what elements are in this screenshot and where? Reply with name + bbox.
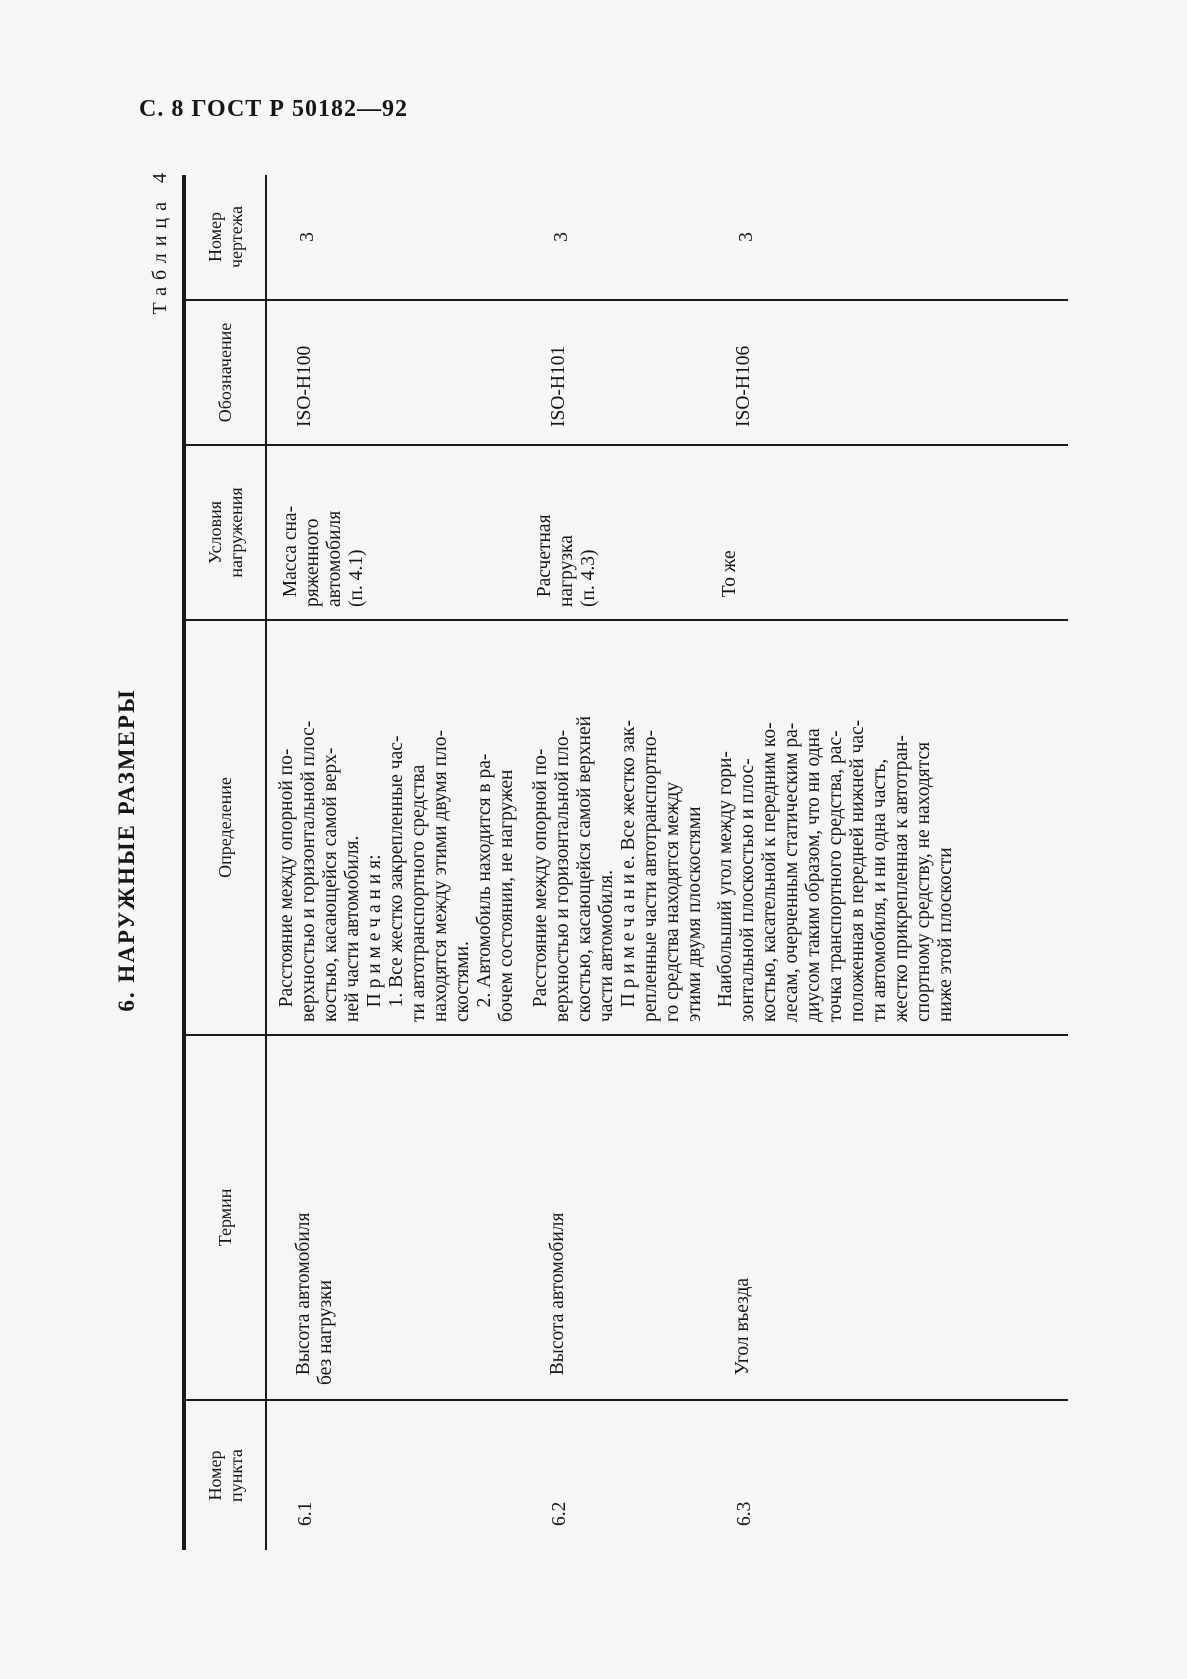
definition: Расстояние между опорной по- верхностью …: [266, 620, 521, 1035]
term: Высота автомобиля: [521, 1035, 706, 1400]
table-caption: Таблица 4: [149, 150, 172, 1550]
definition: Расстояние между опорной по- верхностью …: [521, 620, 706, 1035]
load-conditions: Масса сна- ряженного автомобиля (п. 4.1): [266, 445, 521, 620]
drawing-number: 3: [266, 175, 521, 300]
load-conditions: То же: [706, 445, 1068, 620]
item-number: 6.1: [266, 1400, 521, 1550]
load-conditions: Расчетная нагрузка (п. 4.3): [521, 445, 706, 620]
header-cell-drawing-number: Номер чертежа: [184, 175, 266, 300]
scanned-page: С. 8 ГОСТ Р 50182—92 6. НАРУЖНЫЕ РАЗМЕРЫ…: [0, 0, 1187, 1679]
term: Угол въезда: [706, 1035, 1068, 1400]
item-number: 6.2: [521, 1400, 706, 1550]
designation: ISO-H106: [706, 300, 1068, 445]
header-cell-term: Термин: [184, 1035, 266, 1400]
table-header-row: Номер пункта Термин Определение Условия …: [184, 175, 266, 1550]
table-row: 6.2 Высота автомобиля Расстояние между о…: [521, 175, 706, 1550]
table-row: 6.1 Высота автомобиля без нагрузки Расст…: [266, 175, 521, 1550]
table-row: 6.3 Угол въезда Наибольший угол между го…: [706, 175, 1068, 1550]
drawing-number: 3: [521, 175, 706, 300]
page-header: С. 8 ГОСТ Р 50182—92: [139, 96, 408, 123]
term: Высота автомобиля без нагрузки: [266, 1035, 521, 1400]
dimensions-table: Номер пункта Термин Определение Условия …: [182, 175, 1068, 1550]
rotated-table-area: 6. НАРУЖНЫЕ РАЗМЕРЫ Таблица 4 Номер пунк…: [100, 150, 1090, 1550]
header-cell-definition: Определение: [184, 620, 266, 1035]
section-title: 6. НАРУЖНЫЕ РАЗМЕРЫ: [114, 150, 140, 1550]
header-cell-designation: Обозначение: [184, 300, 266, 445]
definition: Наибольший угол между гори- зонтальной п…: [706, 620, 1068, 1035]
header-cell-item-number: Номер пункта: [184, 1400, 266, 1550]
designation: ISO-H100: [266, 300, 521, 445]
header-cell-load-conditions: Условия нагружения: [184, 445, 266, 620]
designation: ISO-H101: [521, 300, 706, 445]
drawing-number: 3: [706, 175, 1068, 300]
item-number: 6.3: [706, 1400, 1068, 1550]
